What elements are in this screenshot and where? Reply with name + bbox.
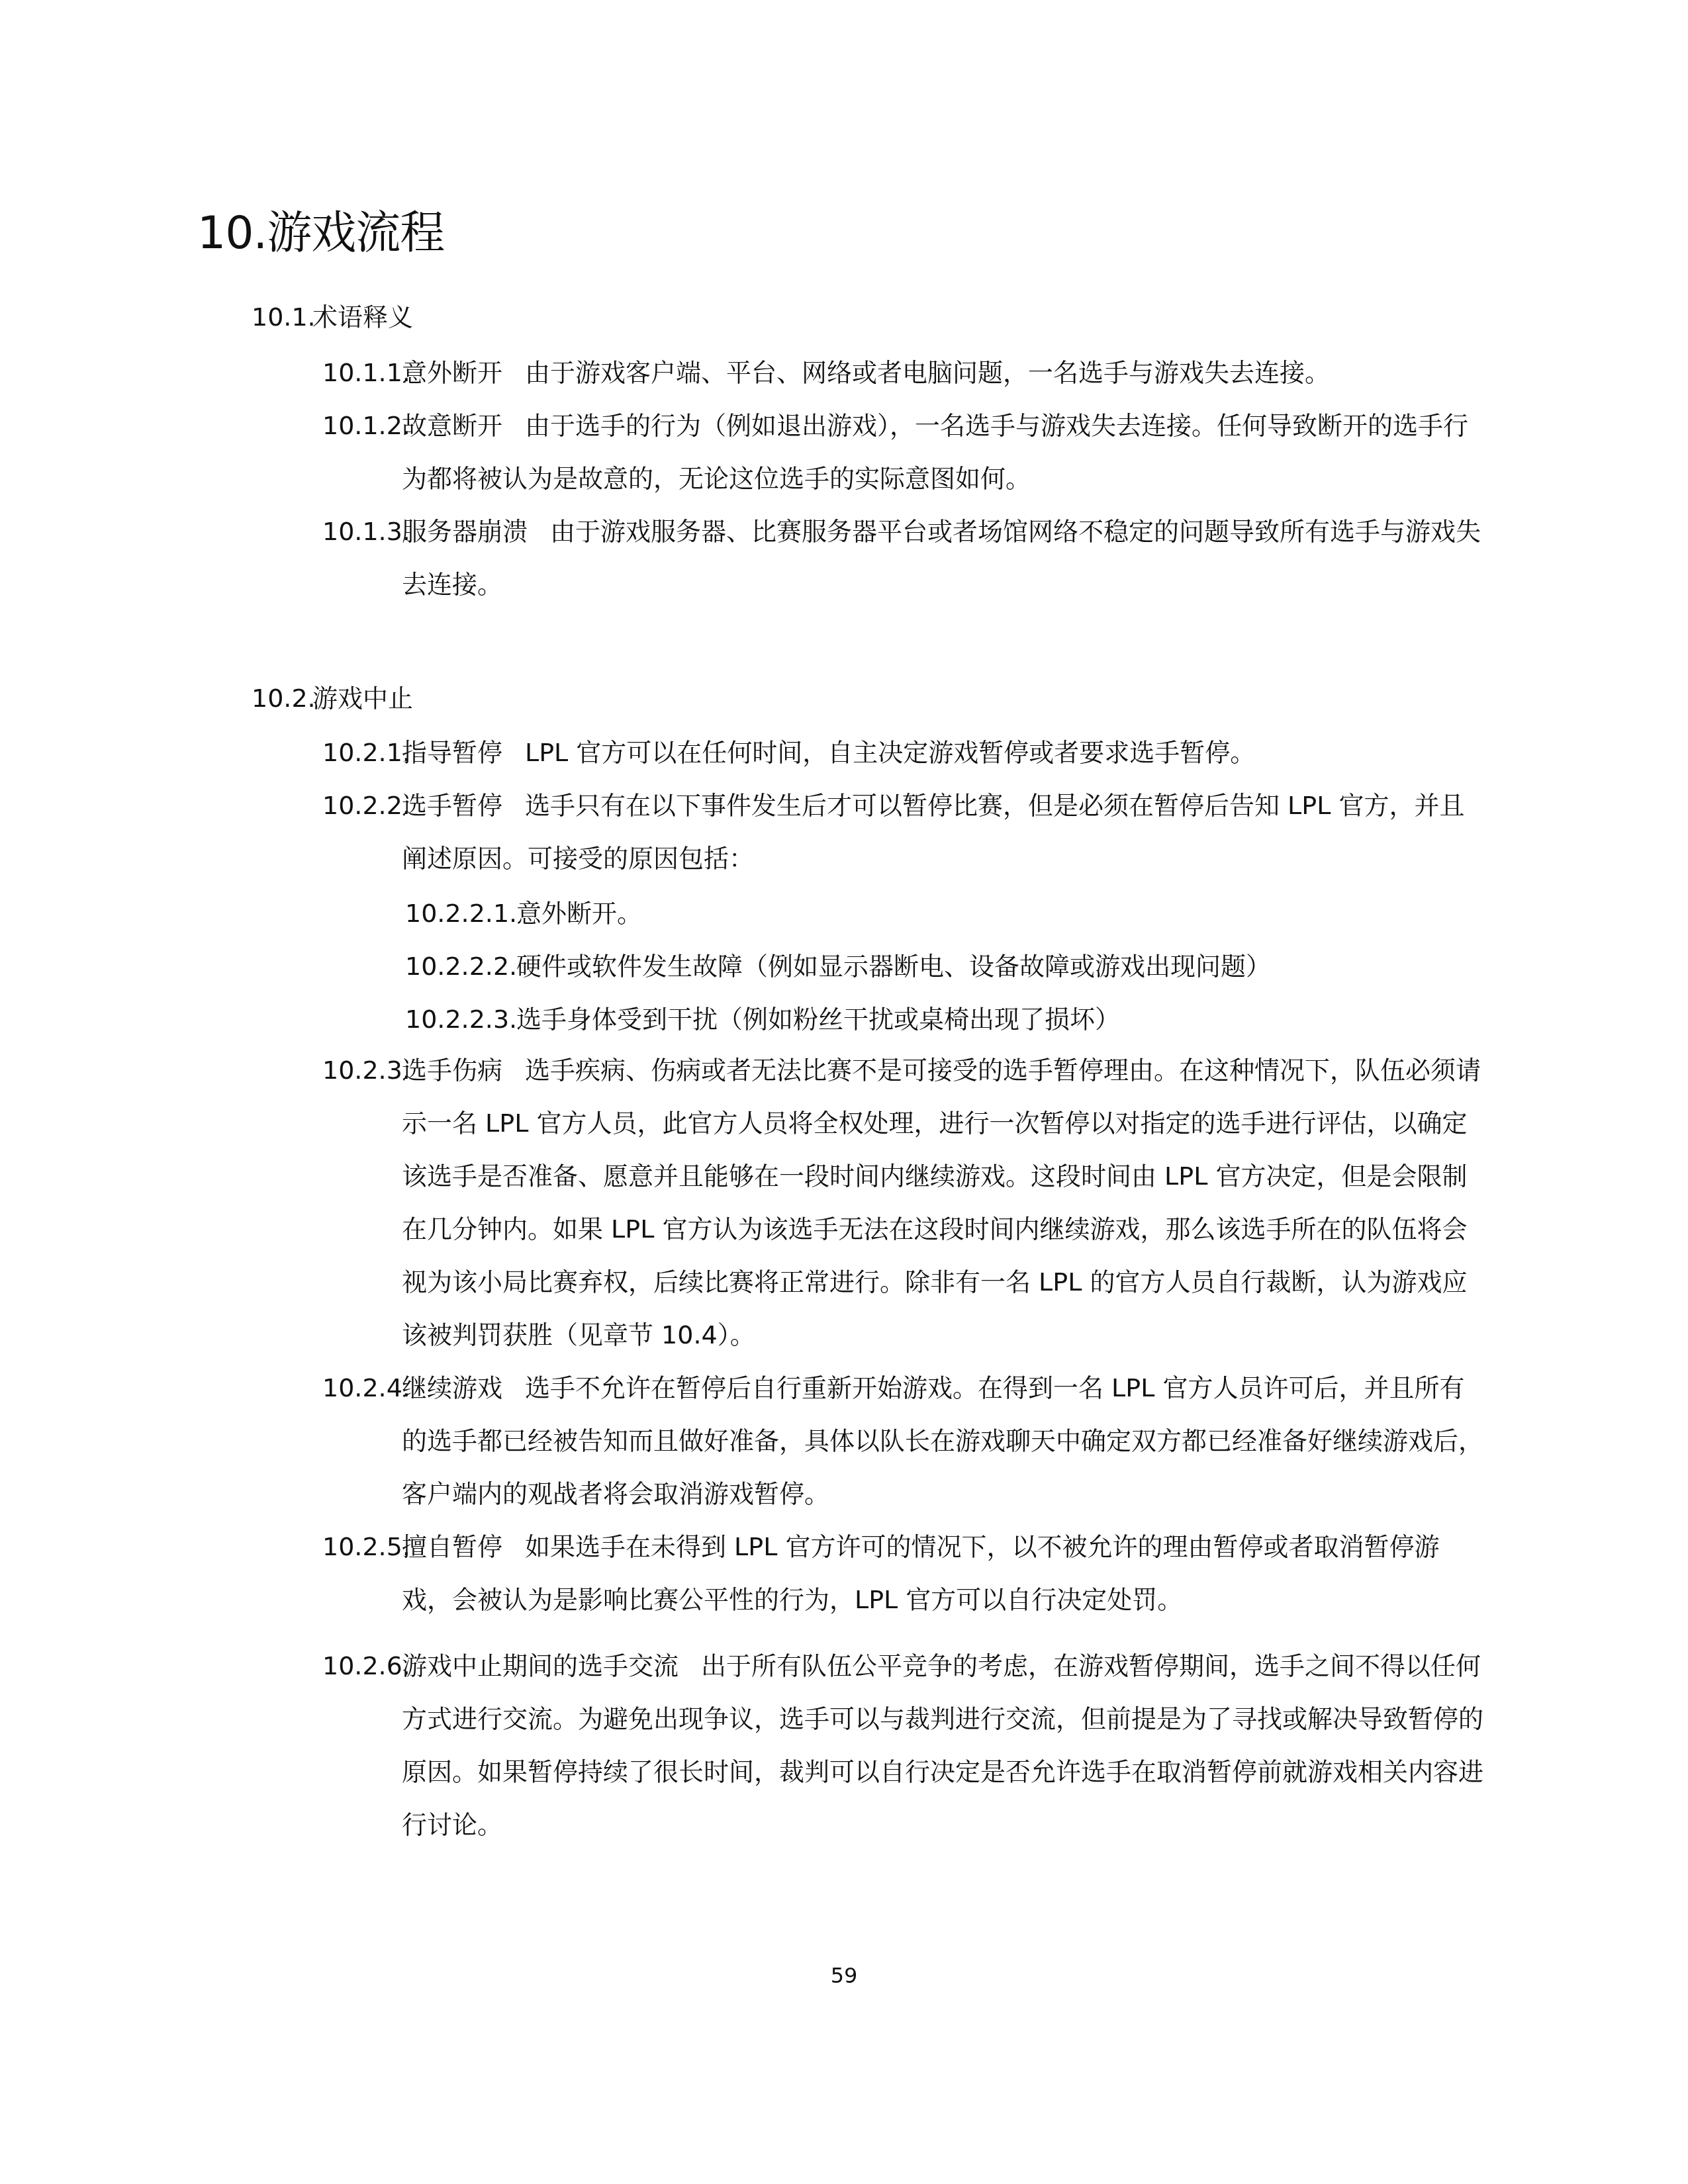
clause-term: 选手暂停: [402, 791, 502, 820]
section-heading-10-1: 10.1.术语释义: [252, 300, 413, 334]
subclause-number: 10.2.2.2.: [405, 950, 516, 983]
clause-10-2-5: 10.2.5. 擅自暂停如果选手在未得到 LPL 官方许可的情况下，以不被允许的…: [322, 1520, 1487, 1626]
clause-number: 10.1.1.: [322, 346, 402, 399]
clause-term: 服务器崩溃: [402, 517, 528, 546]
subclause-text: 硬件或软件发生故障（例如显示器断电、设备故障或游戏出现问题）: [516, 952, 1271, 981]
subclause-10-2-2-2: 10.2.2.2.硬件或软件发生故障（例如显示器断电、设备故障或游戏出现问题）: [405, 950, 1271, 983]
clause-text: LPL 官方可以在任何时间，自主决定游戏暂停或者要求选手暂停。: [525, 738, 1255, 767]
clause-text: 选手不允许在暂停后自行重新开始游戏。在得到一名 LPL 官方人员许可后，并且所有…: [402, 1373, 1483, 1508]
clause-text: 由于游戏服务器、比赛服务器平台或者场馆网络不稳定的问题导致所有选手与游戏失去连接…: [402, 517, 1481, 599]
page-number: 59: [0, 1962, 1688, 1989]
clause-number: 10.2.6.: [322, 1639, 402, 1692]
chapter-number: 10.: [197, 207, 267, 259]
clause-term: 选手伤病: [402, 1056, 502, 1085]
clause-term: 故意断开: [402, 411, 502, 440]
clause-10-2-4: 10.2.4. 继续游戏选手不允许在暂停后自行重新开始游戏。在得到一名 LPL …: [322, 1361, 1487, 1520]
clause-term: 擅自暂停: [402, 1532, 502, 1561]
clause-term: 继续游戏: [402, 1373, 502, 1402]
subclause-number: 10.2.2.1.: [405, 897, 516, 930]
clause-term: 意外断开: [402, 358, 502, 387]
clause-number: 10.1.2.: [322, 399, 402, 452]
clause-10-1-1: 10.1.1. 意外断开由于游戏客户端、平台、网络或者电脑问题，一名选手与游戏失…: [322, 346, 1487, 399]
clause-number: 10.2.1.: [322, 726, 402, 779]
section-number: 10.2.: [252, 682, 312, 715]
clause-text: 如果选手在未得到 LPL 官方许可的情况下，以不被允许的理由暂停或者取消暂停游戏…: [402, 1532, 1439, 1614]
subclause-10-2-2-1: 10.2.2.1.意外断开。: [405, 897, 642, 930]
section-heading-10-2: 10.2.游戏中止: [252, 682, 413, 715]
clause-text: 选手疾病、伤病或者无法比赛不是可接受的选手暂停理由。在这种情况下，队伍必须请示一…: [402, 1056, 1481, 1349]
clause-number: 10.2.5.: [322, 1520, 402, 1573]
subclause-text: 选手身体受到干扰（例如粉丝干扰或桌椅出现了损坏）: [516, 1005, 1120, 1034]
clause-text: 选手只有在以下事件发生后才可以暂停比赛，但是必须在暂停后告知 LPL 官方，并且…: [402, 791, 1464, 873]
clause-text: 由于选手的行为（例如退出游戏），一名选手与游戏失去连接。任何导致断开的选手行为都…: [402, 411, 1468, 493]
clause-number: 10.2.4.: [322, 1361, 402, 1414]
clause-term: 指导暂停: [402, 738, 502, 767]
chapter-title-text: 游戏流程: [267, 207, 444, 259]
clause-number: 10.2.3.: [322, 1044, 402, 1097]
subclause-text: 意外断开。: [516, 899, 642, 928]
clause-number: 10.2.2.: [322, 779, 402, 832]
subclause-number: 10.2.2.3.: [405, 1003, 516, 1036]
subclause-10-2-2-3: 10.2.2.3.选手身体受到干扰（例如粉丝干扰或桌椅出现了损坏）: [405, 1003, 1120, 1036]
document-page: 10.游戏流程 10.1.术语释义 10.1.1. 意外断开由于游戏客户端、平台…: [0, 0, 1688, 2184]
chapter-title: 10.游戏流程: [197, 204, 444, 263]
clause-10-2-2: 10.2.2. 选手暂停选手只有在以下事件发生后才可以暂停比赛，但是必须在暂停后…: [322, 779, 1487, 885]
clause-10-1-3: 10.1.3. 服务器崩溃由于游戏服务器、比赛服务器平台或者场馆网络不稳定的问题…: [322, 505, 1487, 611]
clause-text: 由于游戏客户端、平台、网络或者电脑问题，一名选手与游戏失去连接。: [525, 358, 1330, 387]
clause-number: 10.1.3.: [322, 505, 402, 558]
clause-10-2-3: 10.2.3. 选手伤病选手疾病、伤病或者无法比赛不是可接受的选手暂停理由。在这…: [322, 1044, 1487, 1361]
clause-10-2-1: 10.2.1. 指导暂停LPL 官方可以在任何时间，自主决定游戏暂停或者要求选手…: [322, 726, 1487, 779]
clause-term: 游戏中止期间的选手交流: [402, 1651, 679, 1680]
clause-10-1-2: 10.1.2. 故意断开由于选手的行为（例如退出游戏），一名选手与游戏失去连接。…: [322, 399, 1487, 505]
section-title: 游戏中止: [312, 684, 413, 713]
clause-10-2-6: 10.2.6. 游戏中止期间的选手交流出于所有队伍公平竞争的考虑，在游戏暂停期间…: [322, 1639, 1487, 1851]
section-number: 10.1.: [252, 300, 312, 334]
section-title: 术语释义: [312, 302, 413, 332]
